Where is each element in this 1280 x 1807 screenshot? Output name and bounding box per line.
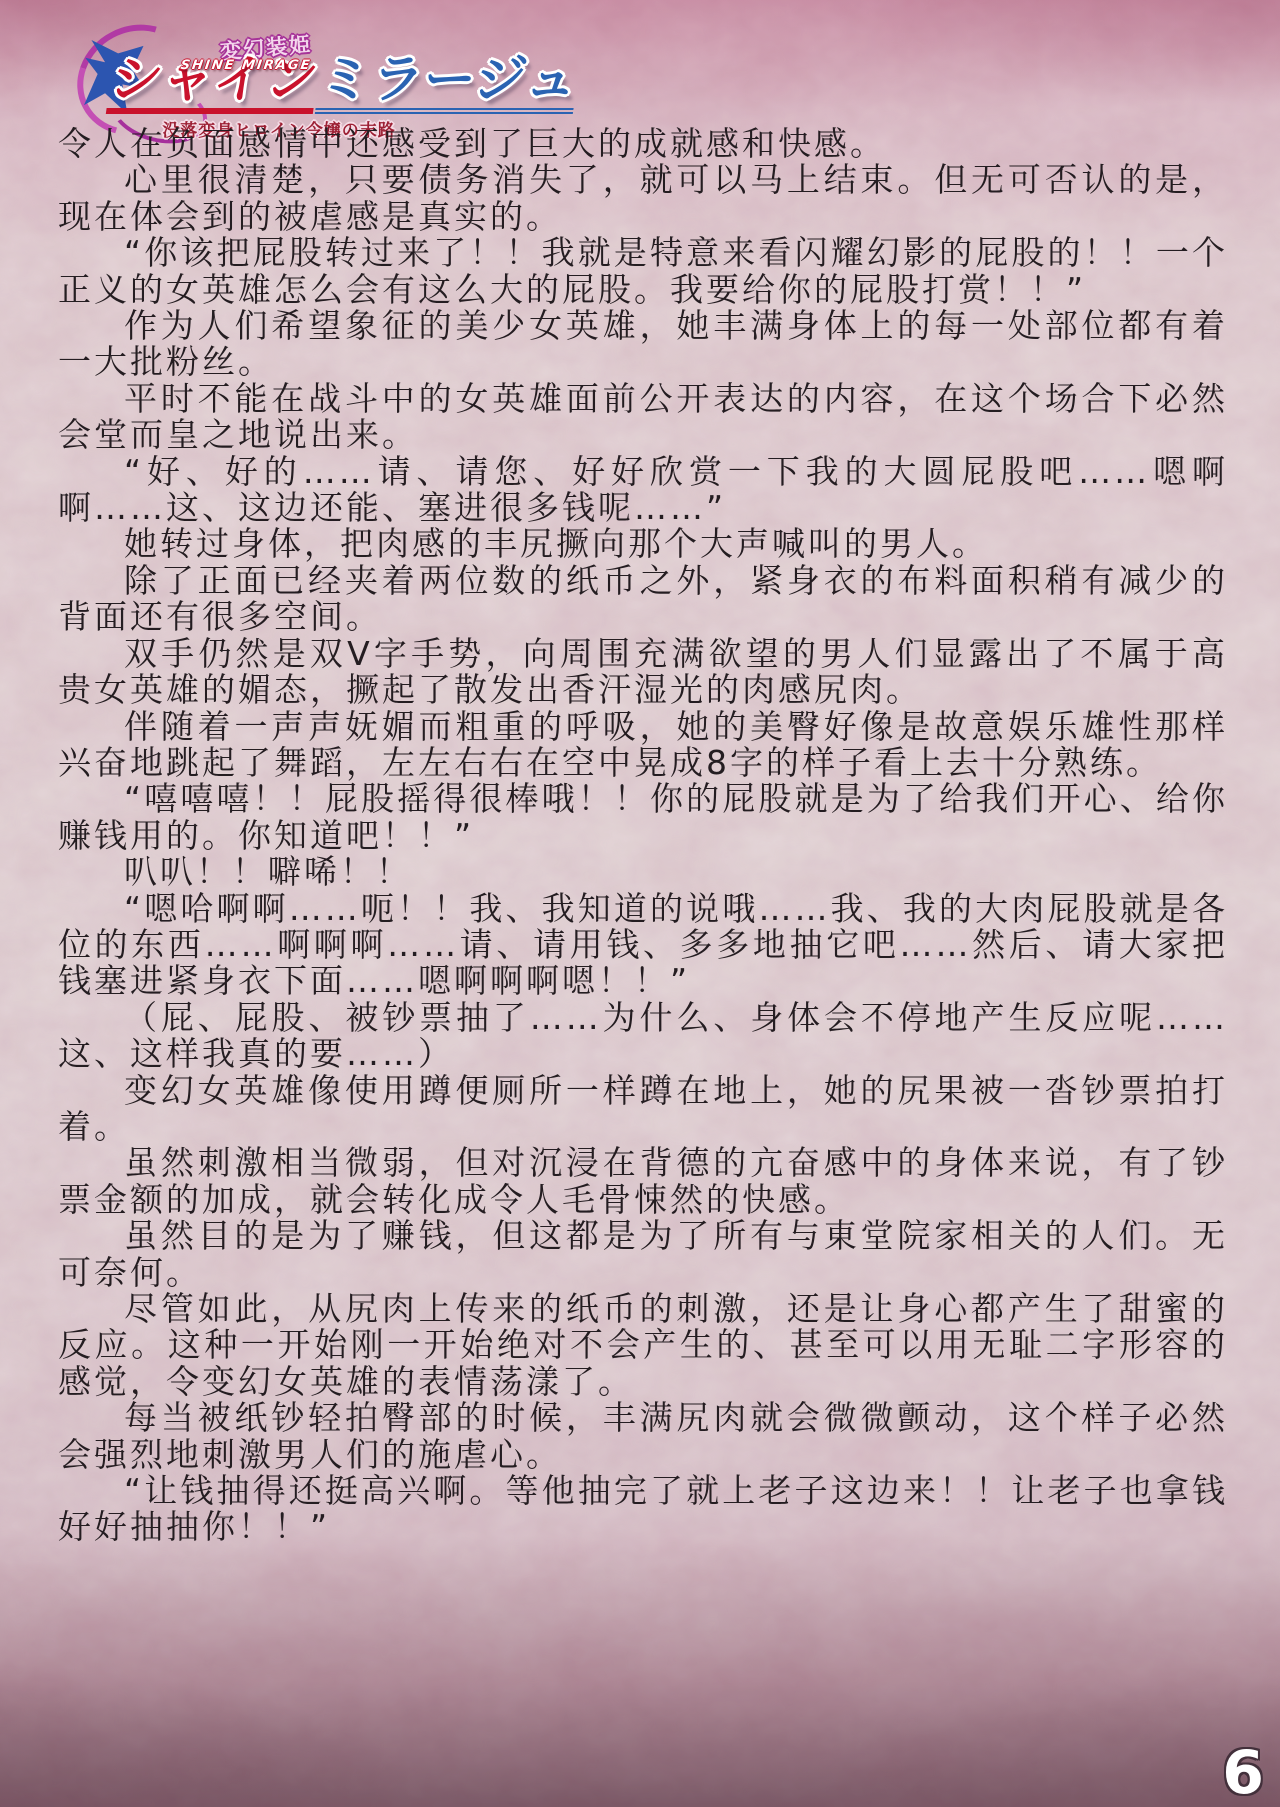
body-text: 令人在负面感情中还感受到了巨大的成就感和快感。心里很清楚，只要债务消失了，就可以…: [58, 126, 1228, 1546]
paragraph: “好、好的……请、请您、好好欣赏一下我的大圆屁股吧……嗯啊啊……这、这边还能、塞…: [58, 454, 1228, 527]
paragraph: 除了正面已经夹着两位数的纸币之外，紧身衣的布料面积稍有减少的背面还有很多空间。: [58, 563, 1228, 636]
paragraph: 叭叭！！噼唏！！: [58, 854, 1228, 890]
paragraph: 她转过身体，把肉感的丰尻撅向那个大声喊叫的男人。: [58, 526, 1228, 562]
logo-main-title: SHINE MIRAGE シャインミラージュ: [106, 54, 581, 114]
paragraph: 平时不能在战斗中的女英雄面前公开表达的内容，在这个场合下必然会堂而皇之地说出来。: [58, 381, 1228, 454]
paragraph: 伴随着一声声妩媚而粗重的呼吸，她的美臀好像是故意娱乐雄性那样兴奋地跳起了舞蹈，左…: [58, 709, 1228, 782]
paragraph: （屁、屁股、被钞票抽了……为什么、身体会不停地产生反应呢……这、这样我真的要………: [58, 1000, 1228, 1073]
paragraph: 心里很清楚，只要债务消失了，就可以马上结束。但无可否认的是，现在体会到的被虐感是…: [58, 162, 1228, 235]
paragraph: 虽然刺激相当微弱，但对沉浸在背德的亢奋感中的身体来说，有了钞票金额的加成，就会转…: [58, 1145, 1228, 1218]
paragraph: 作为人们希望象征的美少女英雄，她丰满身体上的每一处部位都有着一大批粉丝。: [58, 308, 1228, 381]
novel-page: 変幻装姫 SHINE MIRAGE シャインミラージュ 没落変身ヒロイン令嬢の末…: [0, 0, 1280, 1807]
paragraph: 变幻女英雄像使用蹲便厕所一样蹲在地上，她的尻果被一沓钞票拍打着。: [58, 1073, 1228, 1146]
logo-english-title: SHINE MIRAGE: [180, 58, 313, 73]
paragraph: “让钱抽得还挺高兴啊。等他抽完了就上老子这边来！！让老子也拿钱好好抽抽你！！”: [58, 1473, 1228, 1546]
paragraph: “嘻嘻嘻！！屁股摇得很棒哦！！你的屁股就是为了给我们开心、给你赚钱用的。你知道吧…: [58, 781, 1228, 854]
paragraph: 每当被纸钞轻拍臀部的时候，丰满尻肉就会微微颤动，这个样子必然会强烈地刺激男人们的…: [58, 1400, 1228, 1473]
logo-title-blue: ミラージュ: [315, 54, 581, 114]
paragraph: 虽然目的是为了赚钱，但这都是为了所有与東堂院家相关的人们。无可奈何。: [58, 1218, 1228, 1291]
paragraph: 令人在负面感情中还感受到了巨大的成就感和快感。: [58, 126, 1228, 162]
page-number: 6: [1222, 1743, 1264, 1803]
paragraph: “你该把屁股转过来了！！我就是特意来看闪耀幻影的屁股的！！一个正义的女英雄怎么会…: [58, 235, 1228, 308]
paragraph: 双手仍然是双V字手势，向周围充满欲望的男人们显露出了不属于高贵女英雄的媚态，撅起…: [58, 636, 1228, 709]
logo-shine-mirage: 変幻装姫 SHINE MIRAGE シャインミラージュ 没落変身ヒロイン令嬢の末…: [70, 24, 420, 136]
paragraph: “嗯哈啊啊……呃！！我、我知道的说哦……我、我的大肉屁股就是各位的东西……啊啊啊…: [58, 891, 1228, 1000]
paragraph: 尽管如此，从尻肉上传来的纸币的刺激，还是让身心都产生了甜蜜的反应。这种一开始刚一…: [58, 1291, 1228, 1400]
